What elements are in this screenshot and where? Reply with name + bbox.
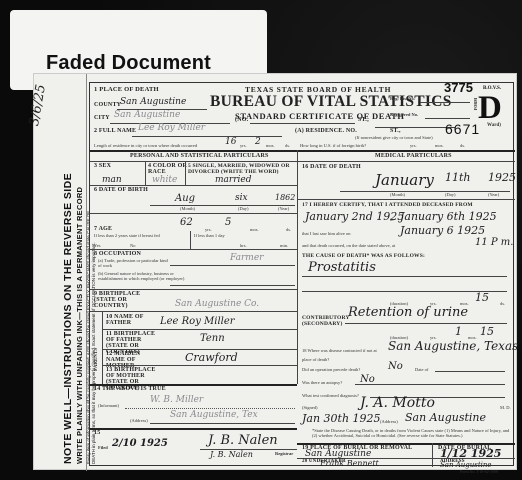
informant-line [125,408,295,409]
informant-label: (Informant) [98,403,119,408]
informant-value: W. B. Miller [150,395,203,405]
color-label: 4 COLOR OR RACE [148,163,188,175]
residence-length-label: Length of residence in city or town wher… [94,143,197,148]
informant-bottom-line [90,428,297,430]
city-value: San Augustine [114,110,180,120]
father-birthplace-value: Tenn [200,333,225,344]
filing-stamp: 3/6/25 [27,85,93,135]
reg-dis-label: Reg. Dis. No. [390,96,415,101]
dob-line [150,205,295,206]
physician-signature: J. A. Motto [360,395,435,411]
marital-row-line [90,185,297,186]
us-months-label: mos. [435,143,444,148]
death-time: 11 P m. [475,237,513,248]
min-label: min. [280,243,288,248]
attended-to: January 6th 1925 [400,210,497,223]
header-divider [90,150,515,152]
father-birthplace-row-line [102,349,297,350]
age-days-label: ds. [286,227,291,232]
age-row-line [90,249,297,250]
dob-month-label: (Month) [180,206,195,211]
contributory-line [345,323,507,324]
occupation-label: 8 OCCUPATION [94,251,141,257]
physician-address-value: San Augustine [405,411,486,424]
personal-section-title: PERSONAL AND STATISTICAL PARTICULARS [130,153,269,159]
death-certificate: NOTE WELL—INSTRUCTIONS ON THE REVERSE SI… [33,73,517,470]
form-code: Form No. Y10-62-1008 [460,469,498,474]
certificate-number: 3775 [444,80,473,95]
dod-month: January [375,171,434,189]
contributory-duration-yrs: 1 [455,325,462,338]
father-value: Lee Roy Miller [160,316,235,327]
dob-day: six [235,193,248,203]
faded-document-text: Faded Document [46,52,211,75]
undertaker-value: Frank Bennett [320,459,379,468]
operation-date-label: Date of [415,367,428,372]
occupation-b-label: (b) General nature of industry, business… [98,271,188,281]
marital-value: married [215,175,251,185]
autopsy-line [355,384,505,385]
color-value: white [152,175,177,185]
parents-divider [102,311,103,384]
autopsy-label: Was there an autopsy? [302,380,342,385]
cause-ds-label: ds. [500,301,505,306]
color-divider [185,161,186,185]
above-true-label: 14 THE ABOVE IS TRUE [94,386,166,392]
occupation-line [170,265,295,266]
marital-label: 5 SINGLE, MARRIED, WIDOWED OR DIVORCED (… [188,163,296,175]
mother-row-line [102,365,297,366]
last-saw-date: January 6 1925 [400,224,485,237]
full-name-label: 2 FULL NAME [94,128,136,134]
age-years-label: yrs. [205,227,212,232]
dod-year-label: (Year) [488,192,499,197]
side-note-line2: WRITE PLAINLY WITH UNFADING INK—THIS IS … [75,173,84,464]
cause-line-1 [302,276,507,277]
place-of-death-label: 1 PLACE OF DEATH [94,86,159,93]
residence-st-label: St., [390,128,401,134]
registered-line [425,118,470,119]
physician-address-label: (Address) [380,419,398,424]
informant-address-value: San Augustine, Tex [170,410,258,420]
last-saw-label: that I last saw him alive on [302,231,351,236]
no-label: (No. [235,117,248,123]
cause-footnote: *State the Disease Causing Death, or in … [312,428,512,438]
residence-years: 16 [225,137,236,147]
informant-address-line [150,423,295,424]
breast-fed-label: If less than 2 years state if breast fed [94,233,160,238]
county-value: San Augustine [120,97,186,107]
dod-line [340,191,510,192]
cause-value: Prostatitis [308,260,376,275]
us-years-label: yrs. [410,143,417,148]
bureau-title: BUREAU OF VITAL STATISTICS [210,93,452,111]
where-contracted-value: San Augustine, Texas [388,339,518,353]
registrar-label: Registrar [275,451,293,456]
dod-label: 16 DATE OF DEATH [302,164,361,170]
mother-value: Crawford [185,351,238,364]
st-label: St.; [358,117,369,123]
certificate-frame: 1 PLACE OF DEATH TEXAS STATE BOARD OF HE… [89,82,514,466]
no-line [250,123,355,124]
diagnosis-label: What test confirmed diagnosis? [302,393,359,398]
operation-value: No [388,361,403,372]
birthplace-label: 9 BIRTHPLACE (State or country) [94,291,154,309]
no-label-age: No [130,243,136,248]
yes-label: Yes [94,243,101,248]
birthplace-row-line [90,311,297,312]
registered-label: Registered No. [390,112,418,117]
birthplace-value: San Augustine Co. [175,299,259,309]
dob-year: 1862 [275,193,295,202]
residence-label: (a) RESIDENCE. No. [295,128,357,134]
personal-title-line [90,161,297,162]
contributory-value: Retention of urine [348,305,468,320]
cause-label: The CAUSE OF DEATH* was as follows: [302,253,425,259]
age-label: 7 AGE [94,226,112,232]
dod-year: 1925 [488,171,516,184]
sex-label: 3 SEX [94,163,111,169]
dob-label: 6 DATE OF BIRTH [94,187,148,193]
father-row-line [102,329,297,330]
occupation-row-line [90,289,297,290]
death-occurred-label: and that death occurred, on the date sta… [302,243,395,248]
age-divider [190,231,191,249]
residence-years-label: yrs. [240,143,247,148]
age-months: 5 [225,217,231,228]
residence-days-label: ds. [285,143,290,148]
full-name-value: Lee Roy Miller [138,123,205,133]
standard-certificate-title: STANDARD CERTIFICATE OF DEATH [235,111,405,121]
attended-to-label: to [390,217,394,222]
dod-day-label: (Day) [445,192,456,197]
filed-date: 2/10 1925 [112,438,168,449]
city-label: City [94,115,110,121]
parents-label: PARENTS [94,348,99,371]
column-divider [297,150,298,384]
filed-label: Filed [98,445,108,450]
dod-month-label: (Month) [390,192,405,197]
st-line [375,127,455,128]
operation-date-line [435,371,505,372]
contributory-label: Contributory (Secondary) [302,315,342,327]
county-label: County [94,102,121,108]
medical-section-title: MEDICAL PARTICULARS [375,153,452,159]
dob-month: Aug [175,193,195,204]
informant-address-label: (Address) [130,418,148,423]
occupation-a-label: (a) Trade, profession or particular kind… [98,258,168,268]
reg-dis-line [420,102,470,103]
occupation-b-line [170,285,295,286]
sex-divider [145,161,146,185]
residence-note: (If nonresident give city or town and St… [355,135,433,140]
cause-duration: 15 [475,291,489,304]
md-label: M. D. [500,405,511,410]
dob-day-label: (Day) [238,206,249,211]
us-days-label: ds. [460,143,465,148]
age-years: 62 [180,217,193,228]
side-note-line1: NOTE WELL—INSTRUCTIONS ON THE REVERSE SI… [62,173,74,464]
age-months-label: mos. [250,227,259,232]
ward-label: Ward) [487,123,501,128]
contributory-duration: 15 [480,325,494,338]
where-contracted-label: 18 Where was disease contracted if not a… [302,346,387,364]
medical-title-line [297,161,515,162]
undertaker-address-value: San Augustine [440,461,492,469]
registrar-signature: J. B. Nalen [208,433,278,448]
hrs-label: hrs. [240,243,247,248]
signed-label: (Signed) [302,405,318,410]
dob-row-line [90,213,297,214]
residence-months: 2 [255,137,261,147]
burial-divider [432,443,433,467]
us-residence-label: How long in U.S. if of foreign birth? [300,143,366,148]
registrar-printed-name: J. B. Nalen [210,450,253,459]
section-15-label: 15 [94,430,100,436]
registered-number: 6671 [445,121,480,137]
dob-year-label: (Year) [278,206,289,211]
form-letter: D [478,90,502,127]
certify-label: 17 I HEREBY CERTIFY, That I attended dec… [302,202,473,208]
operation-label: Did an operation precede death? [302,367,360,372]
side-instructions: NOTE WELL—INSTRUCTIONS ON THE REVERSE SI… [34,74,87,471]
dod-row-line [297,199,515,200]
residence-months-label: mos. [266,143,275,148]
father-label: 10 NAME OF FATHER [106,314,146,326]
signature-date: Jan 30th 1925 [302,412,381,425]
sex-value: man [102,175,122,185]
dod-day: 11th [445,171,471,184]
less-than-day-label: If less than 1 day [194,233,225,238]
occupation-value: Farmer [230,253,263,263]
